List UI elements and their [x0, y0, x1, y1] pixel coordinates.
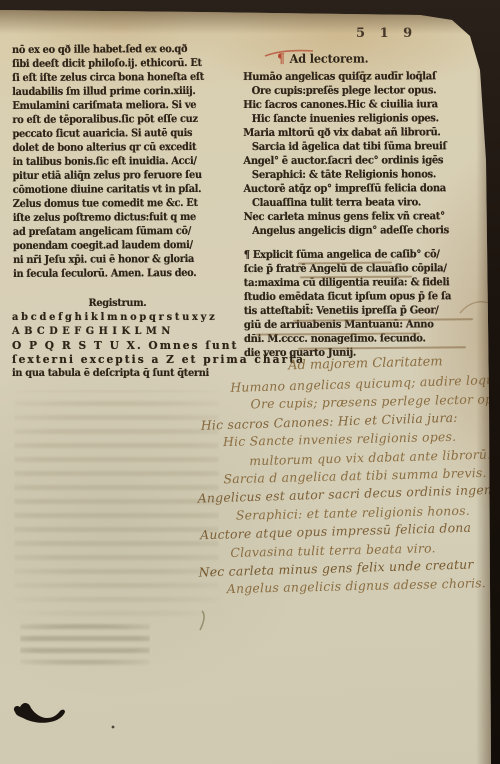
- text-line: Sarcia id āgelica dat tibi ſūma breuiſ: [252, 139, 485, 154]
- ad-lectorem-heading: ¶Ad lectorem.: [277, 47, 485, 67]
- text-line: ¶ Explicit ſūma angelica de caſib° cō/: [244, 247, 486, 262]
- scanned-book-page: { "page": { "number": "5 1 9", "colors":…: [0, 0, 500, 764]
- text-line: cōmotione diuine caritatis vt in pſal.: [13, 182, 241, 197]
- printed-poem: Humāo angelicas quiſq̄z audīr loq̄laſOre…: [243, 69, 485, 238]
- text-line: nō ex eo qð ille habet.ſed ex eo.qð: [12, 42, 240, 57]
- text-line: a b c d e f g h i k l m n o p q r s t u …: [12, 310, 240, 324]
- registrum-heading: Registrum.: [12, 296, 223, 310]
- colophon: ¶ Explicit ſūma angelica de caſib° cō/ſc…: [244, 247, 486, 360]
- ad-lectorem-title: Ad lectorem.: [290, 52, 369, 66]
- text-line: Hic ſancte inuenies religionis opes.: [252, 111, 485, 126]
- text-line: O P Q R S T U X. Omnes ſunt: [12, 338, 240, 352]
- text-line: ſibi deeſt dicit philoſo.ij. ethicorū. E…: [12, 56, 240, 71]
- text-line: Auctorē atq̄z op° impreſſū felicia dona: [243, 181, 485, 196]
- rubric-pilcrow-icon: ¶: [277, 52, 285, 67]
- text-line: in talibus bonis.ſic eſt inuidia. Acci/: [13, 154, 241, 169]
- text-line: ponendam coegit.ad laudem domi/: [13, 238, 241, 253]
- text-line: Humāo angelicas quiſq̄z audīr loq̄laſ: [243, 69, 485, 84]
- text-line: Emulamini cariſmata meliora. Si ve: [12, 98, 240, 113]
- text-line: Zelus domus tue comedit me &c. Et: [13, 196, 241, 211]
- text-line: in ſecula ſeculorū. Amen. Laus deo.: [13, 266, 241, 281]
- text-line: ro eſt de tēporalibus.ſic pōt eſſe cuz: [12, 112, 240, 127]
- text-line: ſcie p̄ fratrē Angelū de clauaſio cōpila…: [244, 261, 486, 276]
- text-line: tis atteſtabit̄: Venetiis ipreſſa p̄ Geo…: [244, 303, 486, 318]
- parchment-page: 5 1 9 nō ex eo qð ille habet.ſed ex eo.q…: [0, 0, 500, 764]
- text-line: ſi eſt iſte zelus circa bona honeſta eſt: [12, 70, 240, 85]
- text-line: giū de arriuabenis Mantuanū: Anno: [244, 317, 486, 332]
- text-line: ſtudio emēdata ſicut ipſum opus p̄ ſe ſa: [244, 289, 486, 304]
- bleedthrough-text-ghost-bottom: [20, 622, 150, 668]
- ink-blot: [8, 699, 68, 729]
- text-line: pitur etiā aliq̄n zelus pro feruore ſeu: [13, 168, 241, 183]
- text-line: Angelus angelicis dign° adeſſe choris: [252, 223, 485, 238]
- text-line: A B C D E F G H I K L M N: [12, 324, 240, 338]
- right-column: ¶Ad lectorem. Humāo angelicas quiſq̄z au…: [243, 47, 486, 360]
- text-line: peccato ſicut auaricia. Si autē quis: [12, 126, 240, 141]
- text-line: Angel° ē auctor.ſacri dec° ordinis igēs: [243, 153, 485, 168]
- olive-ink-mark: [196, 610, 210, 632]
- left-column-text: nō ex eo qð ille habet.ſed ex eo.qðſibi …: [12, 42, 241, 281]
- text-line: dolet de bono alterius qr cū excedit: [12, 140, 240, 155]
- text-line: ta:maxima cū diligentia reuiſa: & fideli: [244, 275, 486, 290]
- text-line: iſte zelus poſtremo dictus:fuit q me: [13, 210, 241, 225]
- text-line: Maria mltorū qð vix dabat añ librorū.: [243, 125, 485, 140]
- text-line: dn̄i. M.cccc. nonageſimo. ſecundo.: [244, 331, 486, 346]
- bleedthrough-text-ghost: [14, 390, 219, 620]
- text-line: Ore cupis:preſēs plege lector opus.: [252, 83, 485, 98]
- text-line: ad preſatam angelicam ſūmam cō/: [13, 224, 241, 239]
- text-line: Nec carleta minus gens felix vñ creat°: [244, 209, 486, 224]
- annotation-lines: Humano angelicas quicumq; audire loquela…: [196, 373, 499, 598]
- text-line: Clauaſſina tulit terra beata viro.: [252, 195, 485, 210]
- text-line: ni nr̄i Jeſu xp̄i. cui ē honor & gloria: [13, 252, 241, 267]
- text-line: Seraphici: & tāte Religionis honos.: [252, 167, 485, 182]
- ink-speck: [110, 724, 116, 730]
- text-line: laudabilis ſm illud prime corin.xiiij.: [12, 84, 240, 99]
- handwritten-annotations: Ad majorem Claritatem Humano angelicas q…: [196, 354, 499, 598]
- page-number: 5 1 9: [356, 26, 417, 41]
- annotation-heading: Ad majorem Claritatem: [288, 353, 496, 373]
- text-line: Hic ſacros canones.Hic & ciuilia iura: [243, 97, 485, 112]
